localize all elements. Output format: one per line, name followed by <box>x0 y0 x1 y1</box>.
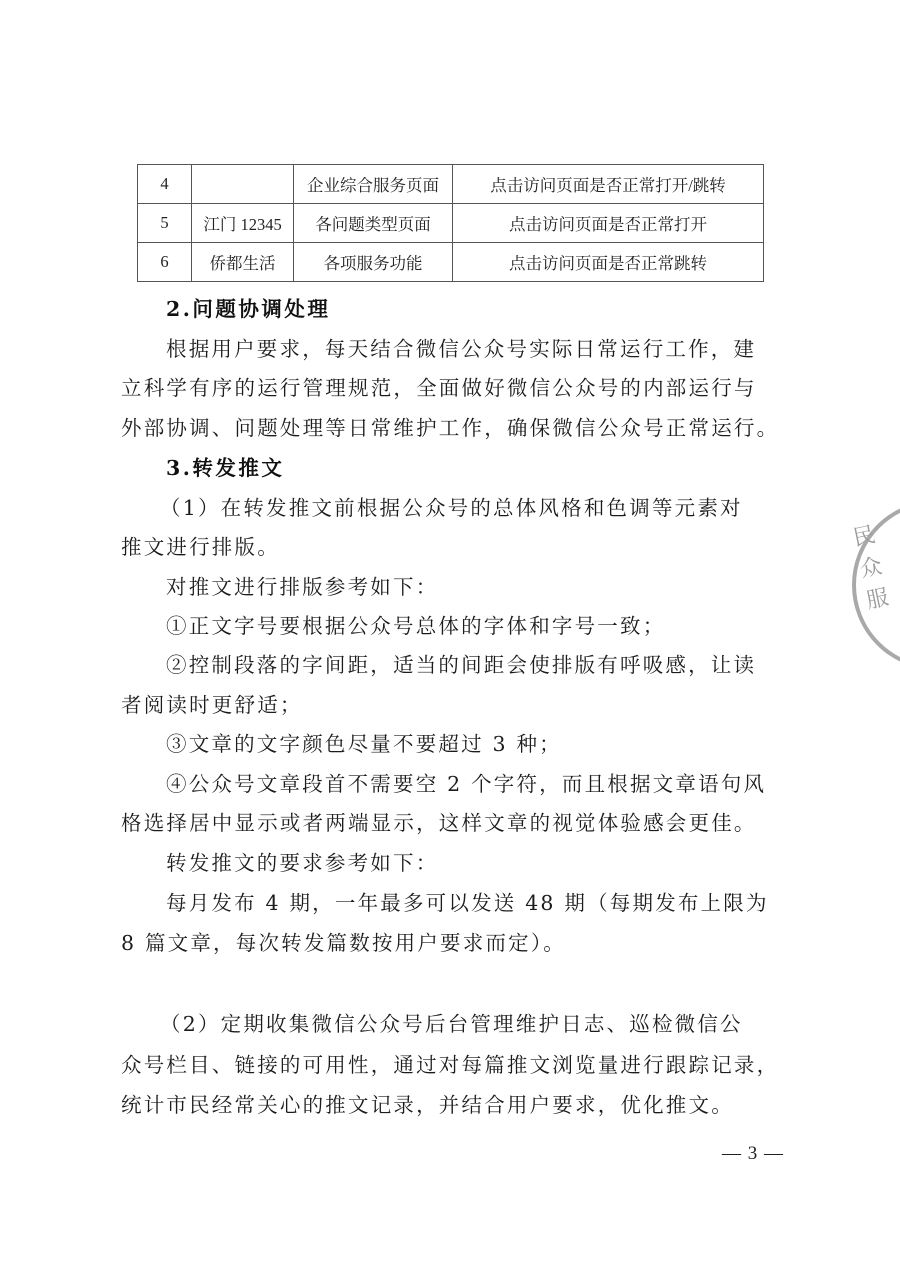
paragraph-line: 统计市民经常关心的推文记录，并结合用户要求，优化推文。 <box>121 1092 781 1118</box>
list-item: ④公众号文章段首不需要空 2 个字符，而且根据文章语句风 <box>166 771 781 797</box>
paragraph-line: 格选择居中显示或者两端显示，这样文章的视觉体验感会更佳。 <box>121 810 781 836</box>
paragraph-line: 对推文进行排版参考如下： <box>166 574 781 600</box>
paragraph-line: （1）在转发推文前根据公众号的总体风格和色调等元素对 <box>160 495 781 521</box>
table-cell-check: 点击访问页面是否正常打开 <box>453 204 764 243</box>
table-cell-no: 6 <box>138 243 192 282</box>
table-cell-account: 侨都生活 <box>192 243 294 282</box>
list-item: ③文章的文字颜色尽量不要超过 3 种； <box>166 731 781 757</box>
table-row: 6 侨都生活 各项服务功能 点击访问页面是否正常跳转 <box>138 243 764 282</box>
table-cell-no: 4 <box>138 165 192 204</box>
paragraph-line: 立科学有序的运行管理规范，全面做好微信公众号的内部运行与 <box>121 375 781 401</box>
table-cell-page: 各项服务功能 <box>294 243 453 282</box>
section-heading-3: 3.转发推文 <box>166 455 781 481</box>
table-cell-no: 5 <box>138 204 192 243</box>
paragraph-line: 转发推文的要求参考如下： <box>166 850 781 876</box>
table-cell-account <box>192 165 294 204</box>
table-row: 5 江门 12345 各问题类型页面 点击访问页面是否正常打开 <box>138 204 764 243</box>
paragraph-line: 每月发布 4 期，一年最多可以发送 48 期（每期发布上限为 <box>166 890 781 916</box>
list-item: ①正文字号要根据公众号总体的字体和字号一致； <box>166 613 781 639</box>
list-item: ②控制段落的字间距，适当的间距会使排版有呼吸感，让读 <box>166 652 781 678</box>
section-heading-2: 2.问题协调处理 <box>166 296 781 322</box>
paragraph-line: 众号栏目、链接的可用性，通过对每篇推文浏览量进行跟踪记录， <box>121 1052 781 1078</box>
paragraph-line: （2）定期收集微信公众号后台管理维护日志、巡检微信公 <box>160 1011 781 1037</box>
page-number: — 3 — <box>722 1143 784 1165</box>
table-cell-account: 江门 12345 <box>192 204 294 243</box>
table-cell-page: 企业综合服务页面 <box>294 165 453 204</box>
paragraph-line: 外部协调、问题处理等日常维护工作，确保微信公众号正常运行。 <box>121 415 781 441</box>
table-cell-check: 点击访问页面是否正常打开/跳转 <box>453 165 764 204</box>
table-cell-page: 各问题类型页面 <box>294 204 453 243</box>
table-row: 4 企业综合服务页面 点击访问页面是否正常打开/跳转 <box>138 165 764 204</box>
paragraph-line: 推文进行排版。 <box>121 534 781 560</box>
paragraph-line: 者阅读时更舒适； <box>121 692 781 718</box>
inspection-table: 4 企业综合服务页面 点击访问页面是否正常打开/跳转 5 江门 12345 各问… <box>137 164 764 282</box>
table-cell-check: 点击访问页面是否正常跳转 <box>453 243 764 282</box>
paragraph-line: 根据用户要求，每天结合微信公众号实际日常运行工作，建 <box>166 336 781 362</box>
document-page: 4 企业综合服务页面 点击访问页面是否正常打开/跳转 5 江门 12345 各问… <box>0 0 900 1272</box>
paragraph-line: 8 篇文章，每次转发篇数按用户要求而定）。 <box>121 930 781 956</box>
